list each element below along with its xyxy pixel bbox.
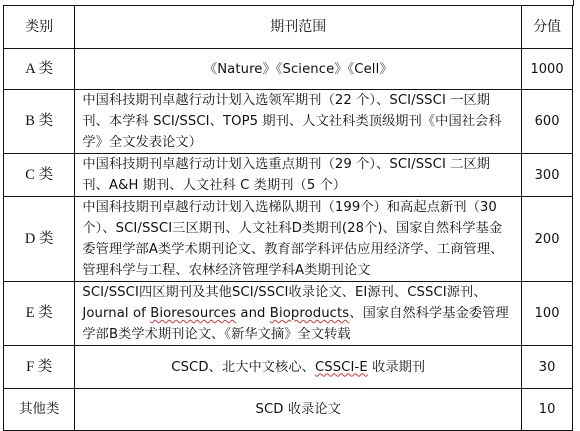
row-category: 其他类 xyxy=(4,389,75,431)
cropped-edge-fragment xyxy=(573,0,574,6)
row-journal-range: SCI/SSCI四区期刊及其他SCI/SSCI收录论文、EI源刊、CSSCI源刊… xyxy=(75,282,522,346)
range-text: 收录期刊 xyxy=(368,360,425,375)
row-score: 1000 xyxy=(522,49,573,90)
table-row: C 类 中国科技期刊卓越行动计划入选重点期刊（29 个）、SCI/SSCI 二区… xyxy=(4,154,573,197)
row-score: 200 xyxy=(522,197,573,282)
row-category: C 类 xyxy=(4,154,75,197)
cropped-caption-fragment xyxy=(70,0,160,4)
row-score: 300 xyxy=(522,154,573,197)
row-journal-range: 《Nature》《Science》《Cell》 xyxy=(75,49,522,90)
row-journal-range: CSCD、北大中文核心、CSSCI-E 收录期刊 xyxy=(75,346,522,389)
spellcheck-flagged-text: CSSCI-E xyxy=(315,360,368,375)
range-text: Journal of xyxy=(82,306,150,321)
table-row: D 类 中国科技期刊卓越行动计划入选梯队期刊（199个）和高起点新刊（30个）、… xyxy=(4,197,573,282)
header-score: 分值 xyxy=(522,6,573,49)
row-category: E 类 xyxy=(4,282,75,346)
header-category: 类别 xyxy=(4,6,75,49)
header-journal-range: 期刊范围 xyxy=(75,6,522,49)
row-journal-range: 中国科技期刊卓越行动计划入选重点期刊（29 个）、SCI/SSCI 二区期刊、A… xyxy=(75,154,522,197)
row-score: 10 xyxy=(522,389,573,431)
range-text: SCI/SSCI四区期刊及其他SCI/SSCI收录论文、EI源刊、CSSCI源刊… xyxy=(82,285,486,300)
row-score: 100 xyxy=(522,282,573,346)
range-text: and xyxy=(236,306,270,321)
row-journal-range: 中国科技期刊卓越行动计划入选梯队期刊（199个）和高起点新刊（30个）、SCI/… xyxy=(75,197,522,282)
table-row: B 类 中国科技期刊卓越行动计划入选领军期刊（22 个）、SCI/SSCI 一区… xyxy=(4,90,573,154)
spellcheck-flagged-text: Bioresources xyxy=(150,306,236,321)
row-category: A 类 xyxy=(4,49,75,90)
table-header-row: 类别 期刊范围 分值 xyxy=(4,6,573,49)
spellcheck-flagged-text: Bioproducts xyxy=(270,306,349,321)
table-row: E 类 SCI/SSCI四区期刊及其他SCI/SSCI收录论文、EI源刊、CSS… xyxy=(4,282,573,346)
table-row: A 类 《Nature》《Science》《Cell》 1000 xyxy=(4,49,573,90)
row-journal-range: SCD 收录论文 xyxy=(75,389,522,431)
row-category: D 类 xyxy=(4,197,75,282)
journal-scoring-table: 类别 期刊范围 分值 A 类 《Nature》《Science》《Cell》 1… xyxy=(3,5,573,431)
row-score: 30 xyxy=(522,346,573,389)
table-row: 其他类 SCD 收录论文 10 xyxy=(4,389,573,431)
row-category: F 类 xyxy=(4,346,75,389)
row-score: 600 xyxy=(522,90,573,154)
row-category: B 类 xyxy=(4,90,75,154)
table-row: F 类 CSCD、北大中文核心、CSSCI-E 收录期刊 30 xyxy=(4,346,573,389)
range-text: CSCD、北大中文核心、 xyxy=(171,360,315,375)
row-journal-range: 中国科技期刊卓越行动计划入选领军期刊（22 个）、SCI/SSCI 一区期刊、本… xyxy=(75,90,522,154)
